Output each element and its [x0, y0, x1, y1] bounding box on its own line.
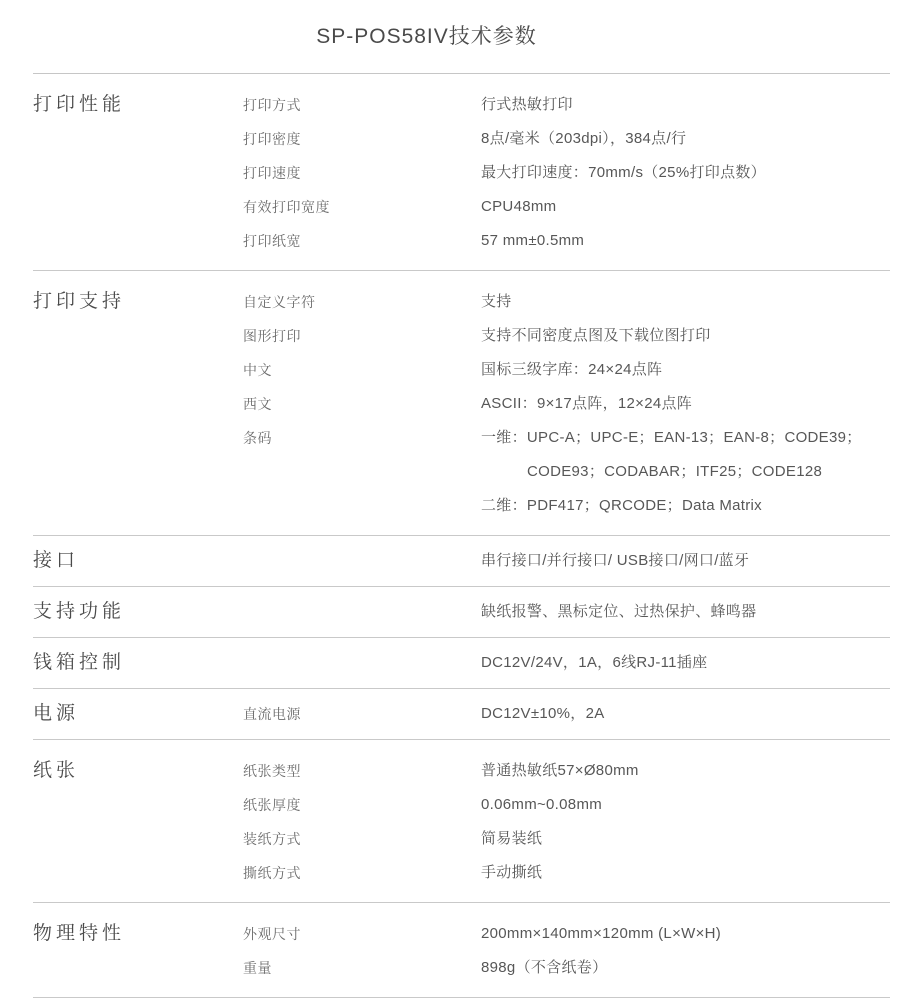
- spec-row: 直流电源 DC12V±10%，2A: [243, 697, 890, 731]
- param-label: 打印方式: [243, 88, 481, 122]
- spec-section-power: 电源 直流电源 DC12V±10%，2A: [33, 689, 890, 740]
- param-value: DC12V/24V，1A，6线RJ-11插座: [481, 646, 890, 680]
- spec-section-cash-drawer: 钱箱控制 DC12V/24V，1A，6线RJ-11插座: [33, 638, 890, 689]
- spec-section-interface: 接口 串行接口/并行接口/ USB接口/网口/蓝牙: [33, 536, 890, 587]
- spec-row: 打印密度 8点/毫米（203dpi），384点/行: [243, 122, 890, 156]
- section-rows: 串行接口/并行接口/ USB接口/网口/蓝牙: [243, 544, 890, 578]
- section-rows: 缺纸报警、黑标定位、过热保护、蜂鸣器: [243, 595, 890, 629]
- param-label: 打印速度: [243, 156, 481, 190]
- spec-row: 纸张类型 普通热敏纸57×Ø80mm: [243, 754, 890, 788]
- param-value: 0.06mm~0.08mm: [481, 788, 890, 822]
- spec-section-print-support: 打印支持 自定义字符 支持 图形打印 支持不同密度点图及下载位图打印 中文 国标…: [33, 271, 890, 536]
- section-heading: 物理特性: [33, 917, 243, 985]
- page-title: SP-POS58IV技术参数: [33, 22, 890, 52]
- spec-row: 打印速度 最大打印速度：70mm/s（25%打印点数）: [243, 156, 890, 190]
- spec-row: 自定义字符 支持: [243, 285, 890, 319]
- param-label: [243, 595, 481, 629]
- param-label: 装纸方式: [243, 822, 481, 856]
- param-value: 缺纸报警、黑标定位、过热保护、蜂鸣器: [481, 595, 890, 629]
- section-heading: 接口: [33, 544, 243, 578]
- spec-row: 外观尺寸 200mm×140mm×120mm (L×W×H): [243, 917, 890, 951]
- param-value: 简易装纸: [481, 822, 890, 856]
- param-value: 8点/毫米（203dpi），384点/行: [481, 122, 890, 156]
- barcode-2d-line: 二维：PDF417；QRCODE；Data Matrix: [481, 489, 890, 523]
- spec-sheet: SP-POS58IV技术参数 打印性能 打印方式 行式热敏打印 打印密度 8点/…: [0, 0, 900, 998]
- param-value: 行式热敏打印: [481, 88, 890, 122]
- param-label: 直流电源: [243, 697, 481, 731]
- spec-section-physical: 物理特性 外观尺寸 200mm×140mm×120mm (L×W×H) 重量 8…: [33, 903, 890, 998]
- header: SP-POS58IV技术参数: [33, 0, 890, 74]
- spec-row: 串行接口/并行接口/ USB接口/网口/蓝牙: [243, 544, 890, 578]
- barcode-1d-line1: 一维：UPC-A；UPC-E；EAN-13；EAN-8；CODE39；: [481, 421, 890, 455]
- param-value: 手动撕纸: [481, 856, 890, 890]
- param-value: 普通热敏纸57×Ø80mm: [481, 754, 890, 788]
- spec-row: 纸张厚度 0.06mm~0.08mm: [243, 788, 890, 822]
- param-label: [243, 544, 481, 578]
- param-label: 重量: [243, 951, 481, 985]
- param-label: 自定义字符: [243, 285, 481, 319]
- spec-row: 图形打印 支持不同密度点图及下载位图打印: [243, 319, 890, 353]
- param-value: 200mm×140mm×120mm (L×W×H): [481, 917, 890, 951]
- param-label: 条码: [243, 421, 481, 523]
- spec-row: 装纸方式 简易装纸: [243, 822, 890, 856]
- param-label: 纸张类型: [243, 754, 481, 788]
- section-heading: 电源: [33, 697, 243, 731]
- param-label: 打印纸宽: [243, 224, 481, 258]
- spec-section-print-performance: 打印性能 打印方式 行式热敏打印 打印密度 8点/毫米（203dpi），384点…: [33, 74, 890, 271]
- param-label: 西文: [243, 387, 481, 421]
- param-value: CPU48mm: [481, 190, 890, 224]
- section-rows: 打印方式 行式热敏打印 打印密度 8点/毫米（203dpi），384点/行 打印…: [243, 88, 890, 258]
- param-label: 有效打印宽度: [243, 190, 481, 224]
- param-value: 国标三级字库：24×24点阵: [481, 353, 890, 387]
- spec-section-paper: 纸张 纸张类型 普通热敏纸57×Ø80mm 纸张厚度 0.06mm~0.08mm…: [33, 740, 890, 903]
- section-heading: 打印支持: [33, 285, 243, 523]
- section-heading: 钱箱控制: [33, 646, 243, 680]
- section-heading: 支持功能: [33, 595, 243, 629]
- param-label: 图形打印: [243, 319, 481, 353]
- spec-row: 打印纸宽 57 mm±0.5mm: [243, 224, 890, 258]
- param-value: 57 mm±0.5mm: [481, 224, 890, 258]
- spec-row: 中文 国标三级字库：24×24点阵: [243, 353, 890, 387]
- section-rows: 纸张类型 普通热敏纸57×Ø80mm 纸张厚度 0.06mm~0.08mm 装纸…: [243, 754, 890, 890]
- param-value: 支持: [481, 285, 890, 319]
- section-heading: 打印性能: [33, 88, 243, 258]
- barcode-1d-line2: CODE93；CODABAR；ITF25；CODE128: [481, 455, 890, 489]
- spec-row: 缺纸报警、黑标定位、过热保护、蜂鸣器: [243, 595, 890, 629]
- param-label: 外观尺寸: [243, 917, 481, 951]
- param-value: 串行接口/并行接口/ USB接口/网口/蓝牙: [481, 544, 890, 578]
- param-value: ASCII：9×17点阵，12×24点阵: [481, 387, 890, 421]
- spec-row: 打印方式 行式热敏打印: [243, 88, 890, 122]
- param-label: 打印密度: [243, 122, 481, 156]
- section-rows: 直流电源 DC12V±10%，2A: [243, 697, 890, 731]
- param-value-multiline: 一维：UPC-A；UPC-E；EAN-13；EAN-8；CODE39； CODE…: [481, 421, 890, 523]
- spec-row: DC12V/24V，1A，6线RJ-11插座: [243, 646, 890, 680]
- param-label: 中文: [243, 353, 481, 387]
- spec-row: 撕纸方式 手动撕纸: [243, 856, 890, 890]
- param-value: 最大打印速度：70mm/s（25%打印点数）: [481, 156, 890, 190]
- section-heading: 纸张: [33, 754, 243, 890]
- spec-row: 西文 ASCII：9×17点阵，12×24点阵: [243, 387, 890, 421]
- section-rows: 外观尺寸 200mm×140mm×120mm (L×W×H) 重量 898g（不…: [243, 917, 890, 985]
- param-label: 撕纸方式: [243, 856, 481, 890]
- spec-row: 有效打印宽度 CPU48mm: [243, 190, 890, 224]
- param-label: [243, 646, 481, 680]
- param-value: DC12V±10%，2A: [481, 697, 890, 731]
- spec-section-features: 支持功能 缺纸报警、黑标定位、过热保护、蜂鸣器: [33, 587, 890, 638]
- param-value: 支持不同密度点图及下载位图打印: [481, 319, 890, 353]
- spec-row-barcode: 条码 一维：UPC-A；UPC-E；EAN-13；EAN-8；CODE39； C…: [243, 421, 890, 523]
- param-value: 898g（不含纸卷）: [481, 951, 890, 985]
- param-label: 纸张厚度: [243, 788, 481, 822]
- spec-row: 重量 898g（不含纸卷）: [243, 951, 890, 985]
- section-rows: 自定义字符 支持 图形打印 支持不同密度点图及下载位图打印 中文 国标三级字库：…: [243, 285, 890, 523]
- section-rows: DC12V/24V，1A，6线RJ-11插座: [243, 646, 890, 680]
